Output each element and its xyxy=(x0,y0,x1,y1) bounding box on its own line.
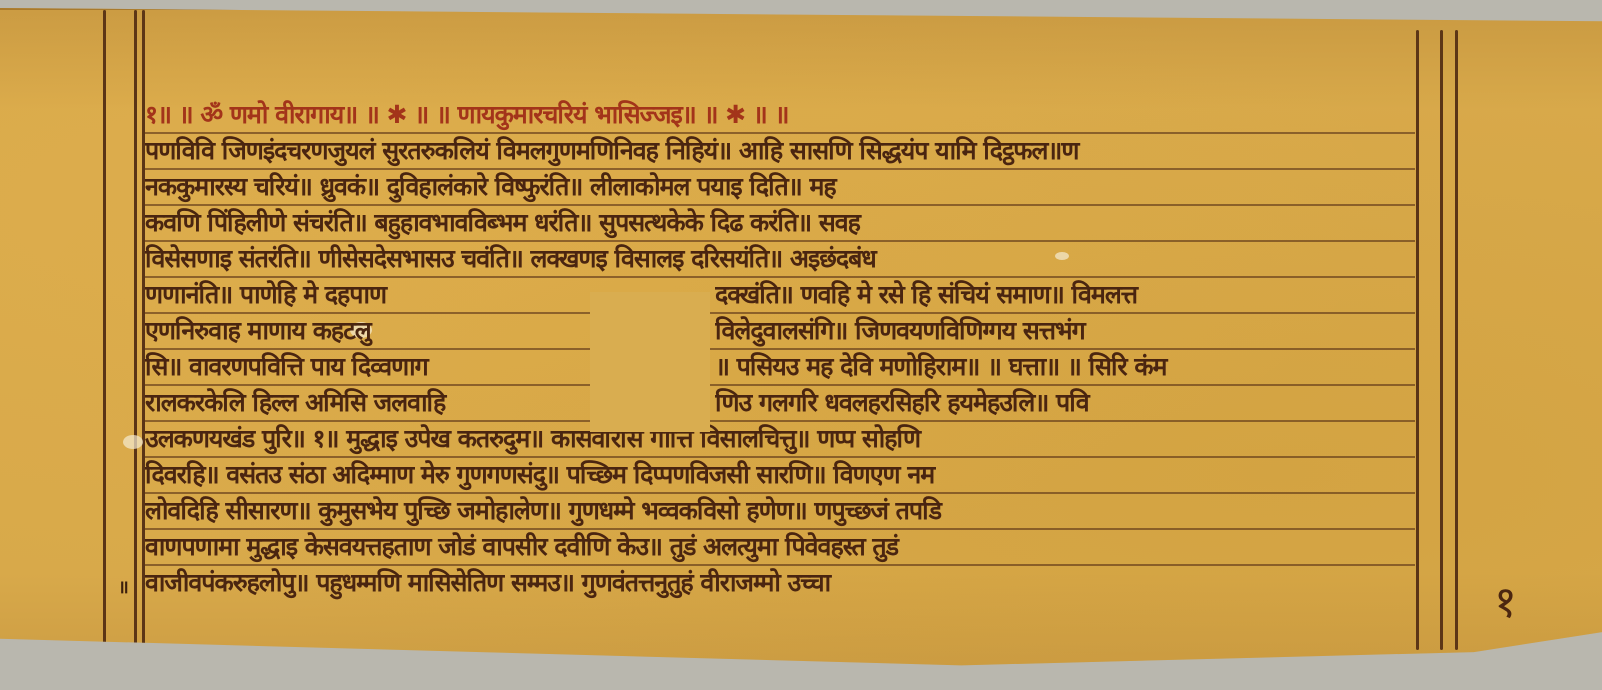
manuscript-line-13: वाणपणामा मुद्धाइ केसवयत्तहताण जोडं वापसी… xyxy=(145,530,1415,566)
folio-number: १ xyxy=(1494,570,1517,630)
manuscript-line-8: सि॥ वावरणपवित्ति पाय दिव्वणाग ॥ पसियउ मह… xyxy=(145,350,1415,386)
manuscript-line-7: एणनिरुवाह माणाय कहटलु विलेदुवालसंगि॥ जिण… xyxy=(145,314,1415,350)
line-text-right: ॥ पसियउ मह देवि मणोहिराम॥ ॥ घत्ता॥ ॥ सिर… xyxy=(715,350,1415,384)
manuscript-line-9: रालकरकेलि हिल्ल अमिसि जलवाहि णिउ गलगरि ध… xyxy=(145,386,1415,422)
left-outer-margin-rule xyxy=(103,10,106,650)
manuscript-line-1-invocation: १॥ ॥ ॐ णमो वीरागाय॥ ॥ ✱ ॥ ॥ णायकुमारचरिय… xyxy=(145,98,1415,134)
right-outer-margin-rule-2 xyxy=(1455,30,1458,650)
line-text: पणविवि जिणइंदचरणजुयलं सुरतरुकलियं विमलगु… xyxy=(145,134,1079,168)
line-text: नककुमारस्य चरियं॥ ध्रुवकं॥ दुविहालंकारे … xyxy=(145,170,836,204)
manuscript-line-14: वाजीवपंकरुहलोपु॥ पहुधम्मणि मासिसेतिण सम्… xyxy=(145,566,1415,600)
line-text: वाणपणामा मुद्धाइ केसवयत्तहताण जोडं वापसी… xyxy=(145,530,898,564)
line-text: विसेसणाइ संतरंति॥ णीसेसदेसभासउ चवंति॥ लक… xyxy=(145,242,876,276)
line-text-right: दक्खंति॥ णवहि मे रसे हि संचियं समाण॥ विम… xyxy=(715,278,1415,312)
line-text-left: सि॥ वावरणपवित्ति पाय दिव्वणाग xyxy=(145,350,585,384)
line-text-right: विलेदुवालसंगि॥ जिणवयणविणिग्गय सत्तभंग xyxy=(715,314,1415,348)
left-inner-margin-rule-1 xyxy=(134,10,137,650)
central-blank-square xyxy=(590,292,710,432)
line-text-left: एणनिरुवाह माणाय कहटलु xyxy=(145,314,585,348)
right-inner-margin-rule xyxy=(1416,30,1419,650)
manuscript-line-4: कवणि पिंहिलीणे संचरंति॥ बहुहावभावविब्भम … xyxy=(145,206,1415,242)
paper-wear-spot xyxy=(123,435,143,449)
manuscript-line-12: लोवदिहि सीसारण॥ कुमुसभेय पुच्छि जमोहालेण… xyxy=(145,494,1415,530)
line-text-left: णणानंति॥ पाणेहि मे दहपाण xyxy=(145,278,585,312)
text-block: १॥ ॥ ॐ णमो वीरागाय॥ ॥ ✱ ॥ ॥ णायकुमारचरिय… xyxy=(145,98,1415,618)
line-text: उलकणयखंड पुरि॥ १॥ मुद्धाइ उपेख कतरुदुम॥ … xyxy=(145,422,920,456)
right-outer-margin-rule-1 xyxy=(1440,30,1443,650)
line-text: वाजीवपंकरुहलोपु॥ पहुधम्मणि मासिसेतिण सम्… xyxy=(145,566,830,600)
line-text: लोवदिहि सीसारण॥ कुमुसभेय पुच्छि जमोहालेण… xyxy=(145,494,941,528)
manuscript-line-2: पणविवि जिणइंदचरणजुयलं सुरतरुकलियं विमलगु… xyxy=(145,134,1415,170)
manuscript-line-11: दिवरहि॥ वसंतउ संठा अदिम्माण मेरु गुणगणसं… xyxy=(145,458,1415,494)
line-text: दिवरहि॥ वसंतउ संठा अदिम्माण मेरु गुणगणसं… xyxy=(145,458,934,492)
line-text-right: णिउ गलगरि धवलहरसिहरि हयमेहउलि॥ पवि xyxy=(715,386,1415,420)
manuscript-line-3: नककुमारस्य चरियं॥ ध्रुवकं॥ दुविहालंकारे … xyxy=(145,170,1415,206)
line-text-left: रालकरकेलि हिल्ल अमिसि जलवाहि xyxy=(145,386,585,420)
margin-mark: ॥ xyxy=(118,575,129,599)
manuscript-folio: १॥ ॥ ॐ णमो वीरागाय॥ ॥ ✱ ॥ ॥ णायकुमारचरिय… xyxy=(0,8,1602,672)
manuscript-line-6: णणानंति॥ पाणेहि मे दहपाण दक्खंति॥ णवहि म… xyxy=(145,278,1415,314)
line-text: १॥ ॥ ॐ णमो वीरागाय॥ ॥ ✱ ॥ ॥ णायकुमारचरिय… xyxy=(145,98,788,132)
line-text: कवणि पिंहिलीणे संचरंति॥ बहुहावभावविब्भम … xyxy=(145,206,860,240)
manuscript-line-5: विसेसणाइ संतरंति॥ णीसेसदेसभासउ चवंति॥ लक… xyxy=(145,242,1415,278)
manuscript-line-10: उलकणयखंड पुरि॥ १॥ मुद्धाइ उपेख कतरुदुम॥ … xyxy=(145,422,1415,458)
